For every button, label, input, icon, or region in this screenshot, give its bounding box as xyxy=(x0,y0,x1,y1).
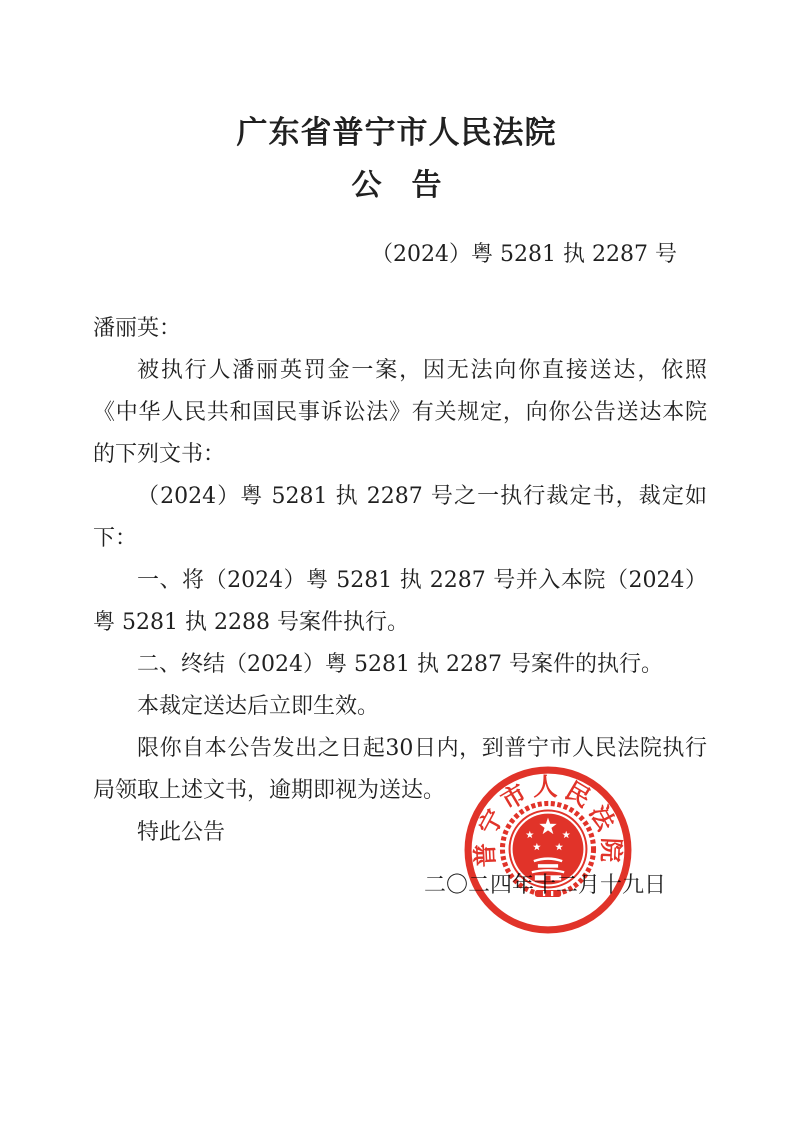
body-paragraph: （2024）粤 5281 执 2287 号之一执行裁定书，裁定如下： xyxy=(93,476,707,560)
emblem-ribbon xyxy=(535,890,561,897)
official-court-seal: 普宁市人民法院 xyxy=(462,764,634,936)
emblem-ribbon-slit xyxy=(543,891,545,896)
addressee-line: 潘丽英： xyxy=(93,308,707,350)
court-name-heading: 广东省普宁市人民法院 xyxy=(0,112,793,154)
case-number: （2024）粤 5281 执 2287 号 xyxy=(371,240,677,270)
body-paragraph: 二、终结（2024）粤 5281 执 2287 号案件的执行。 xyxy=(93,644,707,686)
emblem-ribbon-slit xyxy=(551,891,553,896)
body-paragraph: 被执行人潘丽英罚金一案，因无法向你直接送达，依照《中华人民共和国民事诉讼法》有关… xyxy=(93,350,707,476)
emblem-gate-upper xyxy=(538,864,558,868)
body-paragraph: 本裁定送达后立即生效。 xyxy=(93,686,707,728)
document-title: 公 告 xyxy=(0,165,793,207)
body-paragraph: 一、将（2024）粤 5281 执 2287 号并入本院（2024）粤 5281… xyxy=(93,560,707,644)
announcement-page: 广东省普宁市人民法院 公 告 （2024）粤 5281 执 2287 号 潘丽英… xyxy=(0,0,793,1122)
emblem-gate-door xyxy=(545,876,550,881)
